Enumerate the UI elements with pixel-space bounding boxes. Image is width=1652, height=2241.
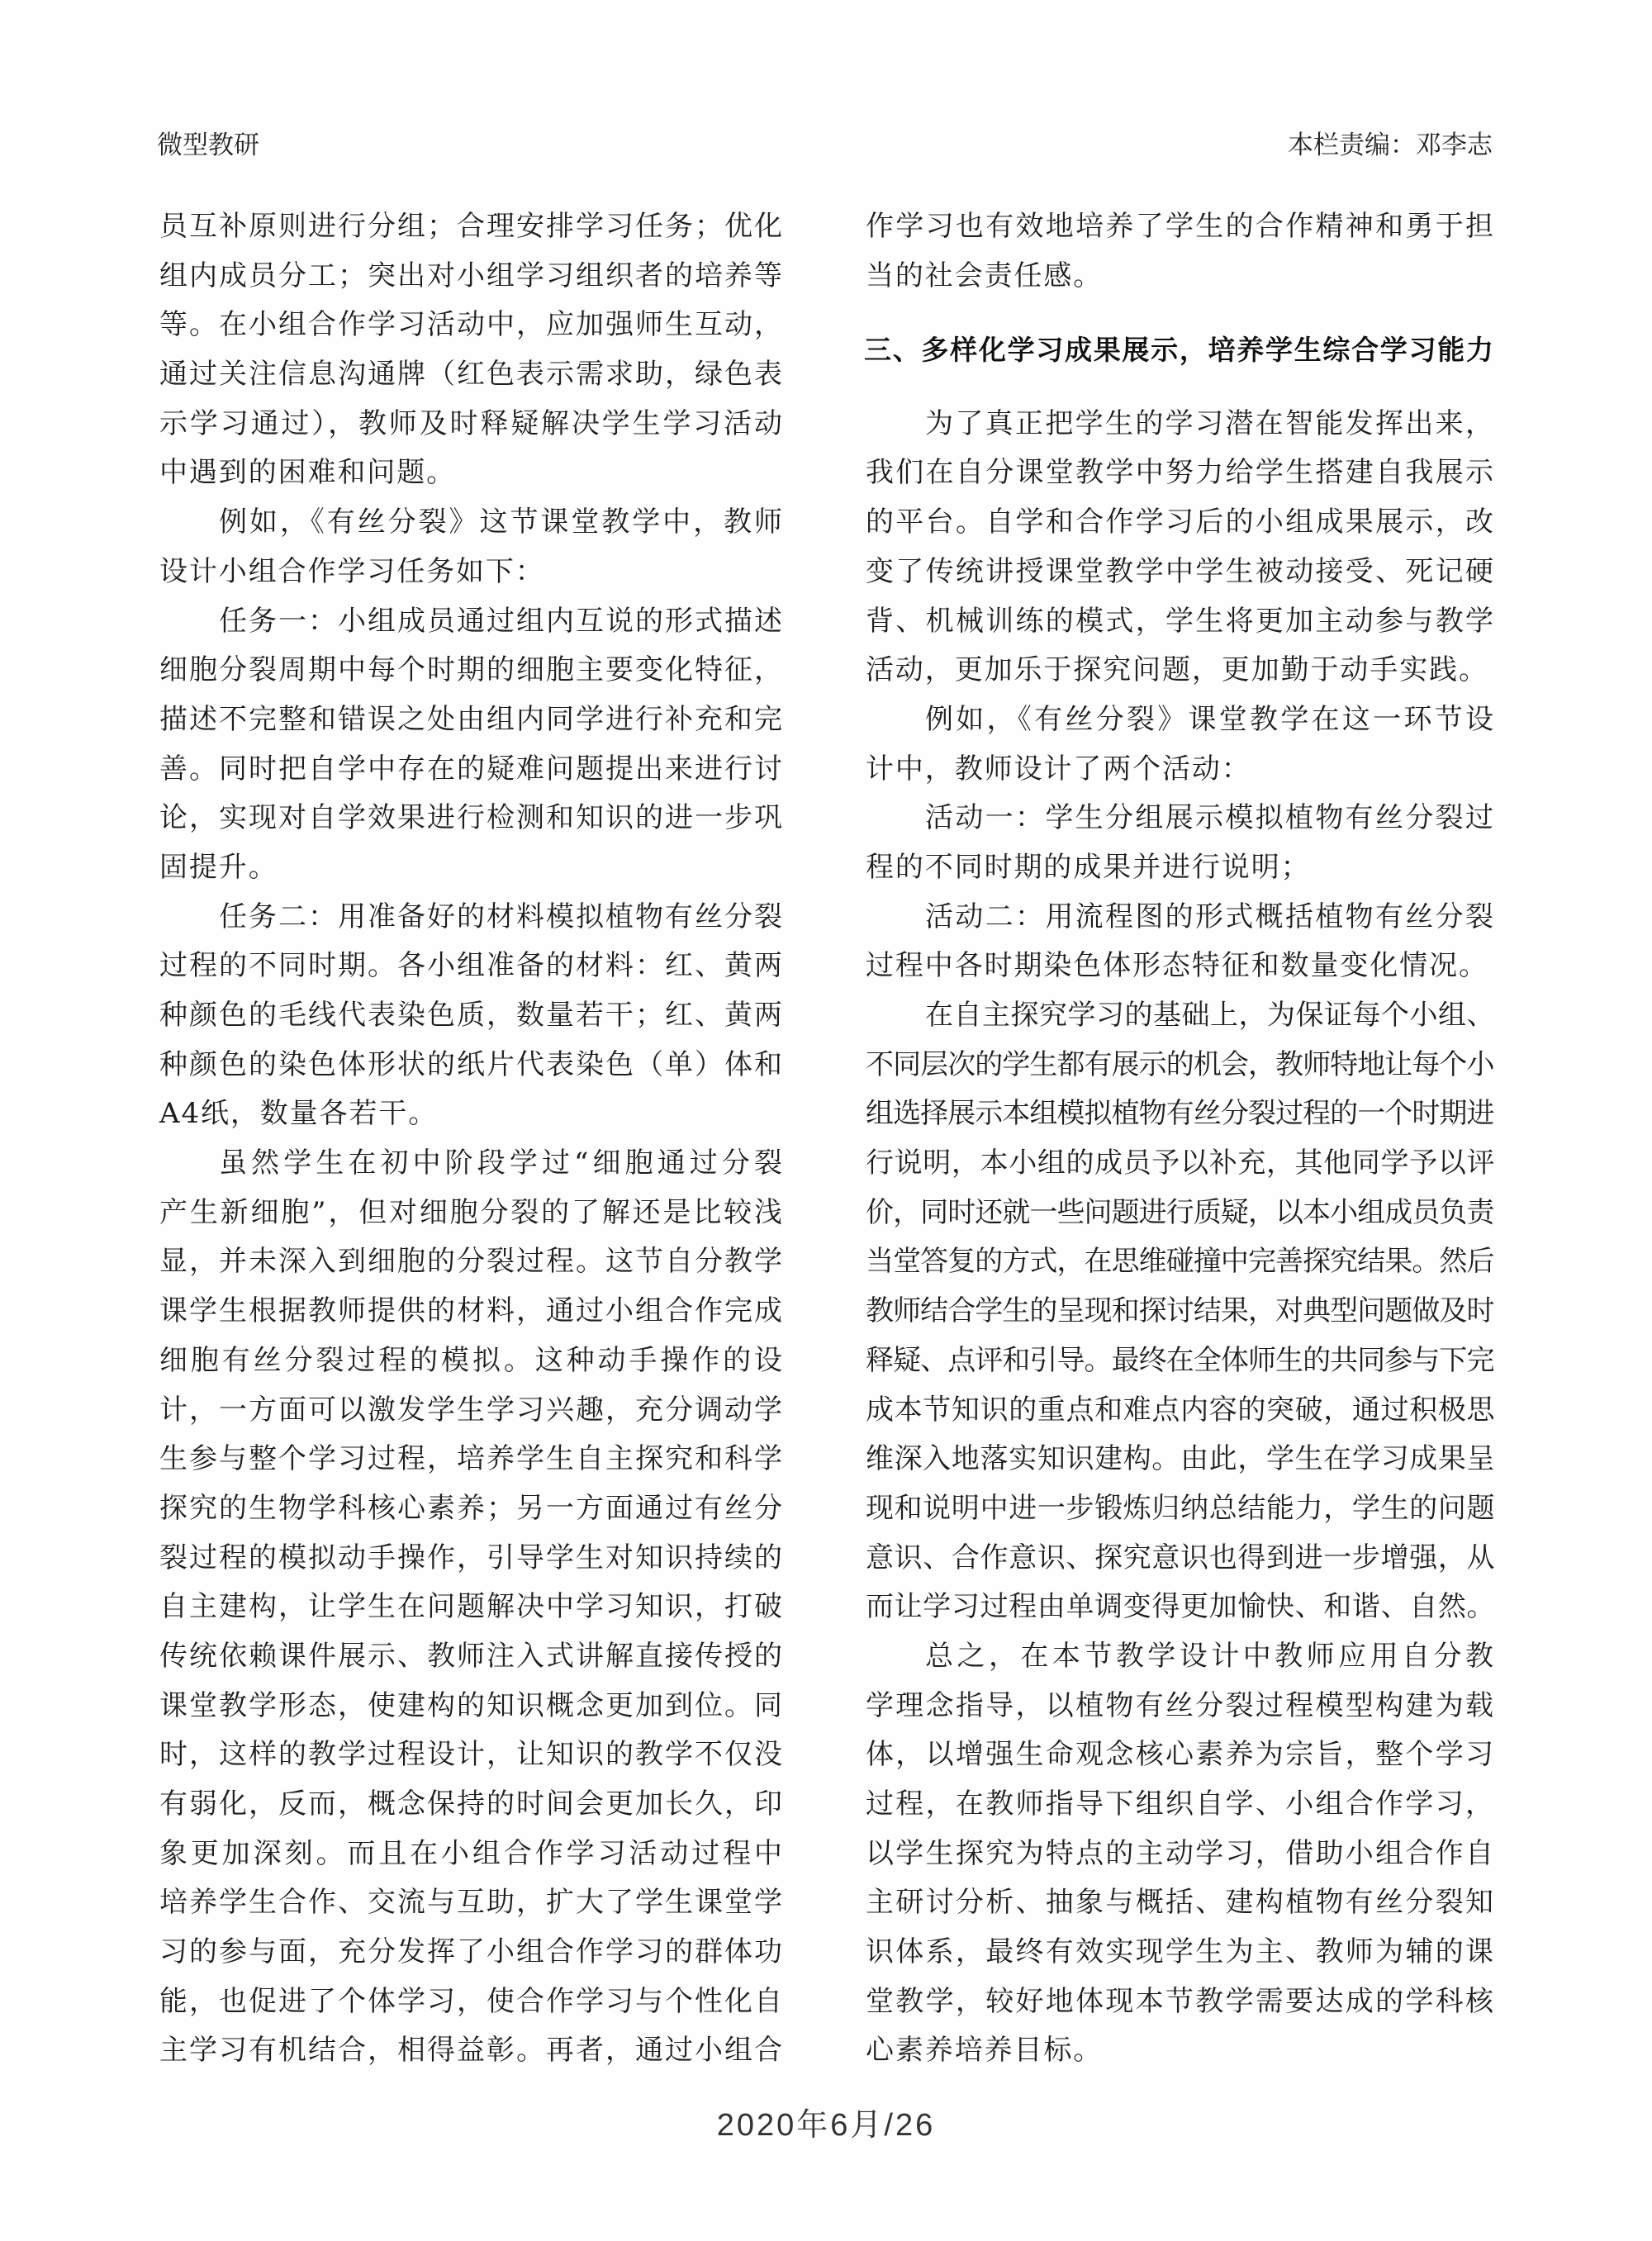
text-line: 堂教学，较好地体现本节教学需要达成的学科核 — [866, 1977, 1493, 2027]
text-line: 课堂教学形态，使建构的知识概念更加到位。同 — [159, 1682, 782, 1731]
text-line: 变了传统讲授课堂教学中学生被动接受、死记硬 — [866, 548, 1493, 597]
text-line: 活动一：学生分组展示模拟植物有丝分裂过 — [866, 794, 1493, 843]
text-line: 通过关注信息沟通牌（红色表示需求助，绿色表 — [159, 350, 782, 400]
paragraph-continuation: 作学习也有效地培养了学生的合作精神和勇于担 当的社会责任感。 — [866, 202, 1493, 301]
paragraph: 虽然学生在初中阶段学过“细胞通过分裂 产生新细胞”，但对细胞分裂的了解还是比较浅… — [159, 1139, 782, 2076]
left-column: 员互补原则进行分组；合理安排学习任务；优化 组内成员分工；突出对小组学习组织者的… — [159, 202, 782, 2076]
paragraph: 为了真正把学生的学习潜在智能发挥出来， 我们在自分课堂教学中努力给学生搭建自我展… — [866, 400, 1493, 696]
text-line: 计，一方面可以激发学生学习兴趣，充分调动学 — [159, 1386, 782, 1436]
text-line: 例如，《有丝分裂》课堂教学在这一环节设 — [866, 696, 1493, 745]
text-line: 以学生探究为特点的主动学习，借助小组合作自 — [866, 1830, 1493, 1879]
text-line: 价，同时还就一些问题进行质疑，以本小组成员负责 — [866, 1189, 1493, 1238]
text-line: 背、机械训练的模式，学生将更加主动参与教学 — [866, 597, 1493, 647]
text-line: 而让学习过程由单调变得更加愉快、和谐、自然。 — [866, 1583, 1493, 1632]
text-line: 习的参与面，充分发挥了小组合作学习的群体功 — [159, 1928, 782, 1977]
text-line: 维深入地落实知识建构。由此，学生在学习成果呈 — [866, 1435, 1493, 1484]
text-line: 虽然学生在初中阶段学过“细胞通过分裂 — [159, 1139, 782, 1189]
paragraph: 例如，《有丝分裂》这节课堂教学中，教师 设计小组合作学习任务如下： — [159, 498, 782, 596]
text-line: 中遇到的困难和问题。 — [159, 449, 782, 498]
text-line: 识体系，最终有效实现学生为主、教师为辅的课 — [866, 1928, 1493, 1977]
text-line: 当的社会责任感。 — [866, 252, 1493, 301]
text-line: 培养学生合作、交流与互助，扩大了学生课堂学 — [159, 1878, 782, 1928]
paragraph: 活动二：用流程图的形式概括植物有丝分裂 过程中各时期染色体形态特征和数量变化情况… — [866, 893, 1493, 991]
text-line: 心素养培养目标。 — [866, 2026, 1493, 2076]
text-line: 员互补原则进行分组；合理安排学习任务；优化 — [159, 202, 782, 252]
paragraph: 任务一：小组成员通过组内互说的形式描述 细胞分裂周期中每个时期的细胞主要变化特征… — [159, 597, 782, 893]
paragraph-conclusion: 总之，在本节教学设计中教师应用自分教 学理念指导，以植物有丝分裂过程模型构建为载… — [866, 1632, 1493, 2076]
text-line: 为了真正把学生的学习潜在智能发挥出来， — [866, 400, 1493, 449]
text-line: 描述不完整和错误之处由组内同学进行补充和完 — [159, 696, 782, 745]
text-line: 传统依赖课件展示、教师注入式讲解直接传授的 — [159, 1632, 782, 1682]
section-heading: 三、多样化学习成果展示，培养学生综合学习能力 — [864, 301, 1493, 399]
text-line: 现和说明中进一步锻炼归纳总结能力，学生的问题 — [866, 1484, 1493, 1534]
text-line: 善。同时把自学中存在的疑难问题提出来进行讨 — [159, 745, 782, 795]
paragraph: 活动一：学生分组展示模拟植物有丝分裂过 程的不同时期的成果并进行说明； — [866, 794, 1493, 892]
text-line: 总之，在本节教学设计中教师应用自分教 — [866, 1632, 1493, 1682]
text-line: 固提升。 — [159, 843, 782, 893]
text-line: 例如，《有丝分裂》这节课堂教学中，教师 — [159, 498, 782, 548]
text-line: 课学生根据教师提供的材料，通过小组合作完成 — [159, 1287, 782, 1337]
text-line: 计中，教师设计了两个活动： — [866, 745, 1493, 795]
text-line: 我们在自分课堂教学中努力给学生搭建自我展示 — [866, 449, 1493, 498]
text-line: 裂过程的模拟动手操作，引导学生对知识持续的 — [159, 1534, 782, 1583]
right-column: 作学习也有效地培养了学生的合作精神和勇于担 当的社会责任感。 三、多样化学习成果… — [866, 202, 1493, 2076]
text-line: 能，也促进了个体学习，使合作学习与个性化自 — [159, 1977, 782, 2027]
page-footer-date-page-number: 2020年6月/26 — [0, 2107, 1652, 2144]
text-line: 成本节知识的重点和难点内容的突破，通过积极思 — [866, 1386, 1493, 1436]
text-line: 学理念指导，以植物有丝分裂过程模型构建为载 — [866, 1682, 1493, 1731]
text-line: 过程的不同时期。各小组准备的材料：红、黄两 — [159, 942, 782, 991]
text-line: 自主建构，让学生在问题解决中学习知识，打破 — [159, 1583, 782, 1632]
text-line: 行说明，本小组的成员予以补充，其他同学予以评 — [866, 1139, 1493, 1189]
text-line: 产生新细胞”，但对细胞分裂的了解还是比较浅 — [159, 1189, 782, 1238]
text-line: 等。在小组合作学习活动中，应加强师生互动， — [159, 301, 782, 350]
text-line: 任务一：小组成员通过组内互说的形式描述 — [159, 597, 782, 647]
text-line: 时，这样的教学过程设计，让知识的教学不仅没 — [159, 1731, 782, 1780]
text-line: 活动，更加乐于探究问题，更加勤于动手实践。 — [866, 646, 1493, 696]
paragraph: 员互补原则进行分组；合理安排学习任务；优化 组内成员分工；突出对小组学习组织者的… — [159, 202, 782, 498]
text-line: 活动二：用流程图的形式概括植物有丝分裂 — [866, 893, 1493, 942]
text-line: 当堂答复的方式，在思维碰撞中完善探究结果。然后 — [866, 1237, 1493, 1287]
text-line: 组选择展示本组模拟植物有丝分裂过程的一个时期进 — [866, 1090, 1493, 1139]
text-line: 种颜色的染色体形状的纸片代表染色（单）体和 — [159, 1041, 782, 1090]
text-line: 体，以增强生命观念核心素养为宗旨，整个学习 — [866, 1731, 1493, 1780]
magazine-page: 微型教研 本栏责编：邓李志 员互补原则进行分组；合理安排学习任务；优化 组内成员… — [0, 0, 1652, 2241]
column-name: 微型教研 — [157, 129, 259, 162]
text-line: 论，实现对自学效果进行检测和知识的进一步巩 — [159, 794, 782, 843]
paragraph: 在自主探究学习的基础上，为保证每个小组、 不同层次的学生都有展示的机会，教师特地… — [866, 991, 1493, 1632]
text-line: 过程，在教师指导下组织自学、小组合作学习， — [866, 1780, 1493, 1830]
text-line: 在自主探究学习的基础上，为保证每个小组、 — [866, 991, 1493, 1041]
text-line: 意识、合作意识、探究意识也得到进一步增强，从 — [866, 1534, 1493, 1583]
text-line: 细胞分裂周期中每个时期的细胞主要变化特征， — [159, 646, 782, 696]
text-line: 的平台。自学和合作学习后的小组成果展示，改 — [866, 498, 1493, 548]
text-line: 组内成员分工；突出对小组学习组织者的培养等 — [159, 252, 782, 301]
text-line: 过程中各时期染色体形态特征和数量变化情况。 — [866, 942, 1493, 991]
text-line: 探究的生物学科核心素养；另一方面通过有丝分 — [159, 1484, 782, 1534]
text-line: 不同层次的学生都有展示的机会，教师特地让每个小 — [866, 1041, 1493, 1090]
text-line: 设计小组合作学习任务如下： — [159, 548, 782, 597]
text-line: 生参与整个学习过程，培养学生自主探究和科学 — [159, 1435, 782, 1484]
text-line: 任务二：用准备好的材料模拟植物有丝分裂 — [159, 893, 782, 942]
text-line: 示学习通过），教师及时释疑解决学生学习活动 — [159, 400, 782, 449]
text-line: 有弱化，反而，概念保持的时间会更加长久，印 — [159, 1780, 782, 1830]
text-line: A4纸，数量各若干。 — [159, 1090, 782, 1139]
text-line: 教师结合学生的呈现和探讨结果，对典型问题做及时 — [866, 1287, 1493, 1337]
text-line: 程的不同时期的成果并进行说明； — [866, 843, 1493, 893]
paragraph: 例如，《有丝分裂》课堂教学在这一环节设 计中，教师设计了两个活动： — [866, 696, 1493, 794]
text-line: 细胞有丝分裂过程的模拟。这种动手操作的设 — [159, 1337, 782, 1386]
editor-credit: 本栏责编：邓李志 — [1288, 129, 1493, 162]
text-line: 释疑、点评和引导。最终在全体师生的共同参与下完 — [866, 1337, 1493, 1386]
text-line: 主研讨分析、抽象与概括、建构植物有丝分裂知 — [866, 1878, 1493, 1928]
text-line: 种颜色的毛线代表染色质，数量若干；红、黄两 — [159, 991, 782, 1041]
paragraph: 任务二：用准备好的材料模拟植物有丝分裂 过程的不同时期。各小组准备的材料：红、黄… — [159, 893, 782, 1139]
text-line: 主学习有机结合，相得益彰。再者，通过小组合 — [159, 2026, 782, 2076]
text-line: 象更加深刻。而且在小组合作学习活动过程中 — [159, 1830, 782, 1879]
text-line: 显，并未深入到细胞的分裂过程。这节自分教学 — [159, 1237, 782, 1287]
text-line: 作学习也有效地培养了学生的合作精神和勇于担 — [866, 202, 1493, 252]
